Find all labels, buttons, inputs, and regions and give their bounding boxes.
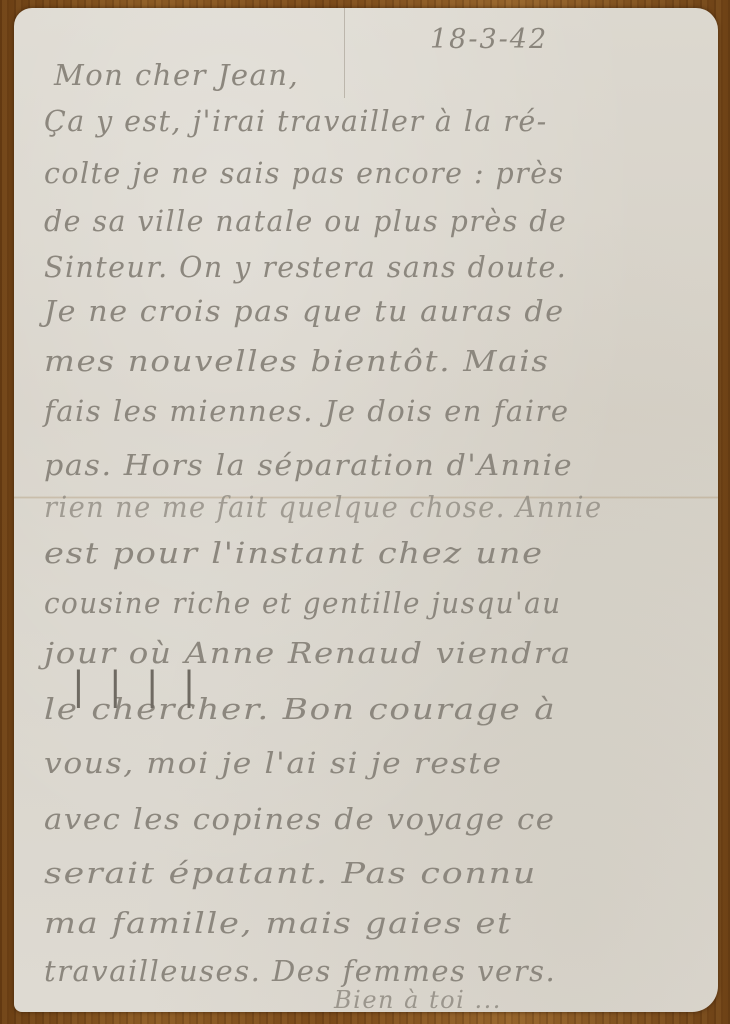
letter-line-10: est pour l'instant chez une xyxy=(44,536,544,570)
salutation: Mon cher Jean, xyxy=(54,58,299,92)
letter-line-2: colte je ne sais pas encore : près xyxy=(44,156,565,190)
letter-closing: Bien à toi ... xyxy=(334,986,502,1012)
letter-line-8: pas. Hors la séparation d'Annie xyxy=(44,448,573,482)
letter-line-7: fais les miennes. Je dois en faire xyxy=(44,394,570,428)
letter-line-16: serait épatant. Pas connu xyxy=(44,856,537,890)
letter-line-17: ma famille, mais gaies et xyxy=(44,906,512,940)
letter-line-11: cousine riche et gentille jusqu'au xyxy=(44,586,562,620)
letter-line-6: mes nouvelles bientôt. Mais xyxy=(44,344,550,378)
letter-line-5: Je ne crois pas que tu auras de xyxy=(44,294,565,328)
postcard: 18-3-42 Mon cher Jean, Ça y est, j'irai … xyxy=(14,8,718,1012)
letter-line-4: Sinteur. On y restera sans doute. xyxy=(44,250,567,284)
letter-line-3: de sa ville natale ou plus près de xyxy=(44,204,567,238)
letter-line-1: Ça y est, j'irai travailler à la ré- xyxy=(44,104,548,138)
letter-line-15: avec les copines de voyage ce xyxy=(44,802,556,836)
letter-date: 18-3-42 xyxy=(430,24,548,55)
margin-tally-marks: | | | | xyxy=(72,664,201,708)
letter-line-9: rien ne me fait quelque chose. Annie xyxy=(44,490,603,524)
letter-line-14: vous, moi je l'ai si je reste xyxy=(44,746,503,780)
letter-line-18: travailleuses. Des femmes vers. xyxy=(44,954,556,988)
